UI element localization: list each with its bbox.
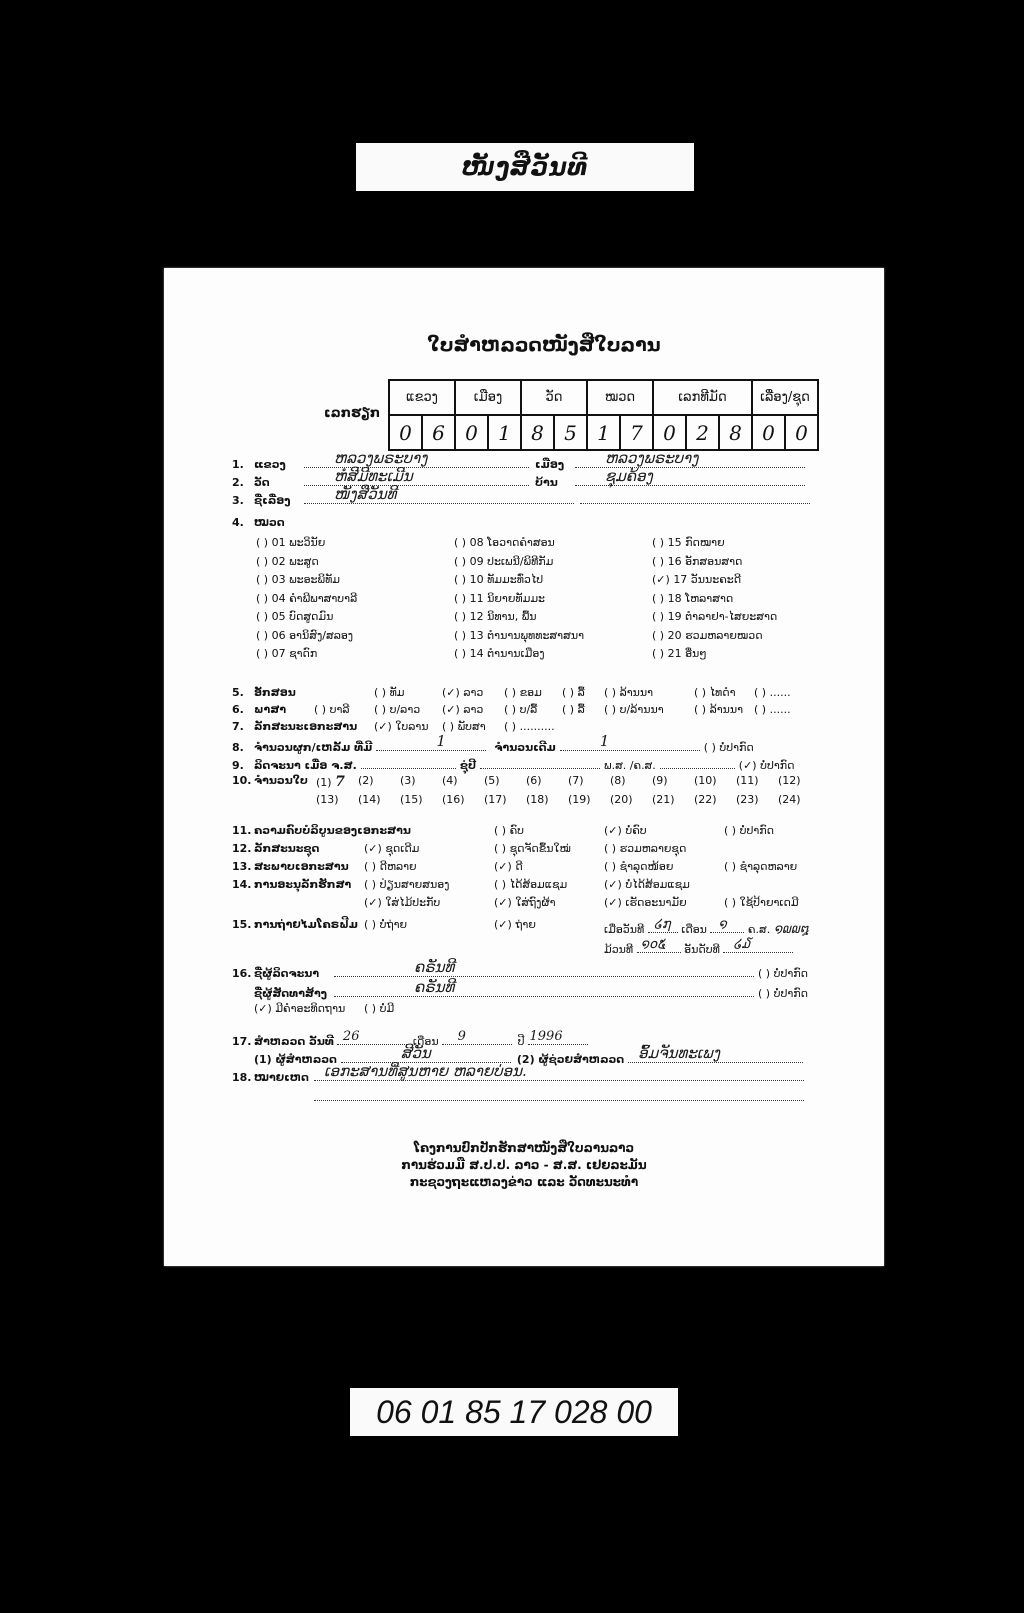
leaf-count-option[interactable]: (16) <box>442 793 465 806</box>
leaf-count-label: (22) <box>694 793 717 806</box>
ref-column-header: ເລື່ອງ/ຊຸດ <box>752 380 818 415</box>
option-checkbox[interactable]: (✓) ບໍ່ຄົບ <box>604 824 647 837</box>
checkbox-mark: (✓) <box>739 759 757 772</box>
original-count-field[interactable]: 1 <box>560 736 700 751</box>
checkbox-mark: ( ) <box>374 703 386 716</box>
field-label: ເດືອນ <box>681 923 707 936</box>
option-checkbox[interactable]: ( ) ປ່ຽນສາຍສນອງ <box>364 878 449 891</box>
row-category: 4. ໝວດ <box>232 516 285 529</box>
leaf-count-label: (10) <box>694 774 717 787</box>
leaf-count-option[interactable]: (19) <box>568 793 591 806</box>
bundle-count-field[interactable]: 1 <box>376 736 486 751</box>
leaf-count-label: (5) <box>484 774 500 787</box>
unknown-checkbox[interactable]: ( ) ບໍ່ປາກົດ <box>758 987 808 1000</box>
ref-column-header: ແຂວງ <box>389 380 455 415</box>
category-label: 04 ຄຳພີພາສາບາລີ <box>272 592 358 605</box>
checkbox-mark: ( ) <box>256 629 268 642</box>
option-label: ໃສ່ຖົງຜ້າ <box>515 896 555 909</box>
row-number: 12. <box>232 842 254 855</box>
checkbox-mark: ( ) <box>454 573 466 586</box>
option-label: ...... <box>770 703 791 716</box>
category-checkbox[interactable]: ( ) 07 ຊາດົກ <box>256 647 317 660</box>
option-checkbox[interactable]: (✓) ຖ່າຍ <box>494 918 536 931</box>
option-checkbox[interactable]: ( ) .......... <box>504 720 555 733</box>
row-number: 1. <box>232 458 254 471</box>
category-checkbox[interactable]: (✓) 17 ວັນນະຄະດີ <box>652 573 741 586</box>
district-value: ຫລວງພຣະບາງ <box>605 449 698 467</box>
field-label: ເມືອງ <box>535 458 575 471</box>
category-checkbox[interactable]: ( ) 09 ປະເພນີ/ພິທີກັມ <box>454 555 553 568</box>
ref-digit-cell[interactable]: 0 <box>389 415 422 450</box>
surveyor-value: ສີວັນ <box>401 1044 431 1062</box>
checkbox-mark: ( ) <box>652 647 664 660</box>
unknown-label: ບໍ່ປາກົດ <box>760 759 794 772</box>
option-checkbox[interactable]: ( ) ດີຫລາຍ <box>364 860 417 873</box>
row-number: 10. <box>232 774 254 787</box>
row-province: 1. ແຂວງ ຫລວງພຣະບາງ ເມືອງ ຫລວງພຣະບາງ <box>232 453 805 471</box>
option-label: ຂອມ <box>520 686 542 699</box>
option-label: ຖ່າຍ <box>515 918 536 931</box>
survey-month-field[interactable]: 9 <box>442 1030 512 1045</box>
category-checkbox[interactable]: ( ) 06 ອານິສົງ/ສລອງ <box>256 629 353 642</box>
leaf-count-label: (12) <box>778 774 801 787</box>
category-checkbox[interactable]: ( ) 08 ໂອວາດຄຳສອນ <box>454 536 555 549</box>
option-label: ຊຳລຸດຫລາຍ <box>740 860 798 873</box>
village-field[interactable]: ຊຸມຄ້ອງ <box>575 471 805 486</box>
row-row13: 13.ສະພາບເອກະສານ <box>232 860 349 873</box>
category-label: 01 ພະວິນັຍ <box>272 536 326 549</box>
checkbox-mark: ( ) <box>504 720 516 733</box>
survey-year-value: 1996 <box>530 1029 563 1044</box>
option-checkbox[interactable]: ( ) ຮວມຫລາຍຊຸດ <box>604 842 686 855</box>
leaf-count-option[interactable]: (14) <box>358 793 381 806</box>
leaf-count-option[interactable]: (17) <box>484 793 507 806</box>
category-checkbox[interactable]: ( ) 21 ອື່ນໆ <box>652 647 707 660</box>
checkbox-mark: ( ) <box>256 536 268 549</box>
option-label: ບໍ່ຄົບ <box>625 824 646 837</box>
checkbox-mark: ( ) <box>652 536 664 549</box>
row-row14: 14.ການອະນຸລັກຮັກສາ <box>232 878 351 891</box>
unknown-checkbox[interactable]: (✓) ບໍ່ປາກົດ <box>739 759 795 772</box>
ref-digit-cell[interactable]: 1 <box>587 415 620 450</box>
option-checkbox[interactable]: ( ) ຊຳລຸດໜ້ອຍ <box>604 860 673 873</box>
leaf-count-option[interactable]: (1) 7 <box>316 774 345 790</box>
leaf-count-option[interactable]: (21) <box>652 793 675 806</box>
prayer-checkbox[interactable]: (✓) ມີຄຳອະທິດຖານ <box>254 1002 345 1015</box>
ref-digit-cell[interactable]: 5 <box>554 415 587 450</box>
option-checkbox[interactable]: (✓) ບໍ່ໄດ້ສ້ອມແຊມ <box>604 878 690 891</box>
option-checkbox[interactable]: (✓) ໃສ່ໄມ້ປະກັບ <box>364 896 440 909</box>
field-label: ເມື່ອວັນທີ <box>604 923 644 936</box>
leaf-count-option[interactable]: (8) <box>610 774 626 787</box>
option-label: ໄດ້ສ້ອມແຊມ <box>510 878 568 891</box>
leaf-count-option[interactable]: (6) <box>526 774 542 787</box>
option-checkbox[interactable]: ( ) ບ/ລື້ <box>504 703 537 716</box>
leaf-count-option[interactable]: (18) <box>526 793 549 806</box>
option-label: ປ່ຽນສາຍສນອງ <box>380 878 450 891</box>
leaf-count-option[interactable]: (24) <box>778 793 801 806</box>
ref-column-header: ເມືອງ <box>455 380 521 415</box>
leaf-count-option[interactable]: (7) <box>568 774 584 787</box>
ref-column-header: ວັດ <box>521 380 587 415</box>
assistant-field[interactable]: ອົ້ມຈັນທະເພງ <box>628 1048 803 1063</box>
province-value: ຫລວງພຣະບາງ <box>334 449 427 467</box>
row-remarks: 18. ໝາຍເຫດ ເອກະສານທີ່ສູນຫາຍ ຫລາຍບ່ອນ. <box>232 1066 804 1084</box>
option-checkbox[interactable]: ( ) ລ້ານນາ <box>694 703 743 716</box>
leaf-count-label: (3) <box>400 774 416 787</box>
frame-field[interactable]: ໒໓ <box>723 938 793 953</box>
option-label: ມີຄຳອະທິດຖານ <box>275 1002 345 1015</box>
option-checkbox[interactable]: ( ) ພັບສາ <box>442 720 486 733</box>
field-label: ຈຳນວນເດີມ <box>494 741 555 754</box>
ref-digit-cell[interactable]: 0 <box>752 415 785 450</box>
field-label: ຈຳນວນຜູກ/ເຫລັ້ມ ທີ່ມີ <box>254 741 372 754</box>
survey-month-value: 9 <box>458 1029 466 1044</box>
category-checkbox[interactable]: ( ) 18 ໂຫລາສາດ <box>652 592 733 605</box>
checkbox-mark: ( ) <box>724 860 736 873</box>
checkbox-mark: ( ) <box>754 703 766 716</box>
option-checkbox[interactable]: ( ) ລ້ານນາ <box>604 686 653 699</box>
row-row7: 7.ລັກສະນະເອກະສານ <box>232 720 357 733</box>
leaf-count-option[interactable]: (13) <box>316 793 339 806</box>
leaf-count-label: (24) <box>778 793 801 806</box>
ref-digit-cell[interactable]: 8 <box>719 415 752 450</box>
leaf-count-label: (23) <box>736 793 759 806</box>
category-label: 19 ຕຳລາຢາ-ໄສຍະສາດ <box>668 610 778 623</box>
checkbox-mark: ( ) <box>314 703 326 716</box>
option-checkbox[interactable]: (✓) ລາວ <box>442 686 483 699</box>
option-label: ຊຸດຈັດຂຶ້ນໃໝ່ <box>510 842 571 855</box>
checkbox-mark: ( ) <box>704 741 716 754</box>
row-number: 13. <box>232 860 254 873</box>
original-count-value: 1 <box>600 732 610 750</box>
leaf-count-option[interactable]: (15) <box>400 793 423 806</box>
row-row11: 11.ຄວາມຄົບບໍລິບູນຂອງເອກະສານ <box>232 824 411 837</box>
category-label: 08 ໂອວາດຄຳສອນ <box>470 536 555 549</box>
credit-line: ກະຊວງຖະແຫລງຂ່າວ ແລະ ວັດທະນະທຳ <box>164 1174 884 1191</box>
unknown-label: ບໍ່ປາກົດ <box>774 967 808 980</box>
checkbox-mark: ( ) <box>494 878 506 891</box>
option-label: ບໍ່ໄດ້ສ້ອມແຊມ <box>625 878 690 891</box>
option-checkbox[interactable]: (✓) ລາວ <box>442 703 483 716</box>
category-label: 14 ຕຳນານເມືອງ <box>470 647 545 660</box>
category-label: 21 ອື່ນໆ <box>668 647 707 660</box>
option-label: ໃຊ້ປ້າຍາເດມີ <box>740 896 799 909</box>
option-label: ລ້ານນາ <box>710 703 744 716</box>
leaf-count-option[interactable]: (10) <box>694 774 717 787</box>
field-label: ສະພາບເອກະສານ <box>254 860 349 873</box>
checkbox-mark: (✓) <box>604 878 622 891</box>
category-label: 02 ພະສູດ <box>272 555 319 568</box>
option-label: ພັບສາ <box>458 720 486 733</box>
checkbox-mark: ( ) <box>374 686 386 699</box>
option-checkbox[interactable]: ( ) ບໍ່ປາກົດ <box>724 824 774 837</box>
be-ad-year-field[interactable] <box>660 754 735 769</box>
unknown-checkbox[interactable]: ( ) ບໍ່ປາກົດ <box>704 741 754 754</box>
checkbox-mark: ( ) <box>364 1002 376 1015</box>
category-label: 07 ຊາດົກ <box>272 647 318 660</box>
leaf-count-mark: 7 <box>335 774 345 790</box>
checkbox-mark: ( ) <box>504 686 516 699</box>
field-label: ຊື່ຜູ້ລິດຈະນາ <box>254 967 334 980</box>
category-checkbox[interactable]: ( ) 02 ພະສູດ <box>256 555 319 568</box>
option-label: ເຮັດອະນາມັຍ <box>625 896 686 909</box>
category-checkbox[interactable]: ( ) 13 ຕຳນານພຸທທະສາສນາ <box>454 629 584 642</box>
leaf-count-option[interactable]: (20) <box>610 793 633 806</box>
option-checkbox[interactable]: ( ) ຄົບ <box>494 824 524 837</box>
option-checkbox[interactable]: ( ) ໃຊ້ປ້າຍາເດມີ <box>724 896 799 909</box>
field-label: ຄວາມຄົບບໍລິບູນຂອງເອກະສານ <box>254 824 411 837</box>
category-label: 15 ກົດໝາຍ <box>668 536 725 549</box>
category-checkbox[interactable]: ( ) 10 ທັມມະທົ່ວໄປ <box>454 573 543 586</box>
checkbox-mark: ( ) <box>604 686 616 699</box>
checkbox-mark: ( ) <box>256 573 268 586</box>
row-row6: 6.ພາສາ <box>232 703 286 716</box>
checkbox-mark: ( ) <box>604 860 616 873</box>
row-row12: 12.ລັກສະນະຊຸດ <box>232 842 319 855</box>
category-checkbox[interactable]: ( ) 04 ຄຳພີພາສາບາລີ <box>256 592 357 605</box>
leaf-count-label: (15) <box>400 793 423 806</box>
option-checkbox[interactable]: ( ) ຂອມ <box>504 686 542 699</box>
category-checkbox[interactable]: ( ) 14 ຕຳນານເມືອງ <box>454 647 545 660</box>
field-label: ພາສາ <box>254 703 286 716</box>
prayer-checkbox[interactable]: ( ) ບໍ່ມີ <box>364 1002 394 1015</box>
leaf-count-option[interactable]: (5) <box>484 774 500 787</box>
checkbox-mark: ( ) <box>724 824 736 837</box>
leaf-count-option[interactable]: (2) <box>358 774 374 787</box>
leaf-count-label: (2) <box>358 774 374 787</box>
ref-column-header: ເລກທີມັດ <box>653 380 752 415</box>
row-number: 18. <box>232 1071 254 1084</box>
option-checkbox[interactable]: (✓) ດີ <box>494 860 523 873</box>
option-checkbox[interactable]: (✓) ຊຸດເດີມ <box>364 842 419 855</box>
option-label: ບາລີ <box>330 703 350 716</box>
ref-digit-cell[interactable]: 0 <box>785 415 818 450</box>
leaf-count-label: (11) <box>736 774 759 787</box>
option-checkbox[interactable]: ( ) ບ/ລ້ານນາ <box>604 703 664 716</box>
field-label: ໝາຍເຫດ <box>254 1071 314 1084</box>
category-checkbox[interactable]: ( ) 03 ພະອະພິທັມ <box>256 573 340 586</box>
surveyor-field[interactable]: ສີວັນ <box>341 1048 511 1063</box>
option-label: ຄົບ <box>510 824 524 837</box>
field-label: ອັນດັບທີ <box>684 943 720 956</box>
option-checkbox[interactable]: ( ) ບ/ລາວ <box>374 703 420 716</box>
category-checkbox[interactable]: ( ) 12 ນິທານ, ພື້ນ <box>454 610 537 623</box>
survey-year-field[interactable]: 1996 <box>528 1030 588 1045</box>
category-label: 13 ຕຳນານພຸທທະສາສນາ <box>470 629 584 642</box>
field-label: ບ້ານ <box>535 476 575 489</box>
leaf-count-label: (4) <box>442 774 458 787</box>
row-number: 15. <box>232 918 254 931</box>
option-checkbox[interactable]: ( ) ...... <box>754 703 791 716</box>
checkbox-mark: (✓) <box>652 573 670 586</box>
option-label: ດີຫລາຍ <box>380 860 417 873</box>
category-label: 20 ຮວມຫລາຍໝວດ <box>668 629 763 642</box>
option-checkbox[interactable]: (✓) ໃສ່ຖົງຜ້າ <box>494 896 556 909</box>
checkbox-mark: (✓) <box>442 703 460 716</box>
checkbox-mark: ( ) <box>494 842 506 855</box>
field-label: ສຳຫລວດ ວັນທີ <box>254 1035 334 1048</box>
row-number: 4. <box>232 516 254 529</box>
leaf-count-option[interactable]: (11) <box>736 774 759 787</box>
ref-digit-cell[interactable]: 0 <box>653 415 686 450</box>
leaf-count-label: (19) <box>568 793 591 806</box>
province-field[interactable]: ຫລວງພຣະບາງ <box>304 453 529 468</box>
row-bundle-count: 8. ຈຳນວນຜູກ/ເຫລັ້ມ ທີ່ມີ 1 ຈຳນວນເດີມ 1 (… <box>232 736 754 754</box>
leaf-count-option[interactable]: (12) <box>778 774 801 787</box>
option-label: ຊຸດເດີມ <box>385 842 419 855</box>
survey-form-page: ໃບສຳຫລວດໜັງສືໃບລານ ເລກຮຽກ ແຂວງເມືອງວັດໝວ… <box>164 268 884 1266</box>
row-number: 9. <box>232 759 254 772</box>
leaf-count-option[interactable]: (3) <box>400 774 416 787</box>
checkbox-mark: ( ) <box>494 824 506 837</box>
leaf-count-option[interactable]: (23) <box>736 793 759 806</box>
ref-digit-cell[interactable]: 7 <box>620 415 653 450</box>
cycle-year-field[interactable] <box>480 754 600 769</box>
checkbox-mark: (✓) <box>494 896 512 909</box>
category-label: 09 ປະເພນີ/ພິທີກັມ <box>470 555 554 568</box>
option-label: ລາວ <box>463 686 483 699</box>
category-label: 03 ພະອະພິທັມ <box>272 573 340 586</box>
row-number: 5. <box>232 686 254 699</box>
field-label: ຊື່ເລື່ອງ <box>254 494 304 507</box>
ref-digit-cell[interactable]: 1 <box>488 415 521 450</box>
field-label: ການອະນຸລັກຮັກສາ <box>254 878 351 891</box>
checkbox-mark: (✓) <box>604 896 622 909</box>
district-field[interactable]: ຫລວງພຣະບາງ <box>575 453 805 468</box>
checkbox-mark: ( ) <box>364 860 376 873</box>
roll-field[interactable]: ໑໐໕ <box>637 938 681 953</box>
field-label: ພ.ສ. /ຄ.ສ. <box>604 759 656 772</box>
author-field[interactable]: ຄຣັນທີ <box>334 962 754 977</box>
remarks-field-line2[interactable] <box>314 1086 804 1101</box>
assistant-value: ອົ້ມຈັນທະເພງ <box>638 1044 720 1062</box>
ref-digit-cell[interactable]: 2 <box>686 415 719 450</box>
reference-code-table: ແຂວງເມືອງວັດໝວດເລກທີມັດເລື່ອງ/ຊຸດ 060185… <box>388 379 819 451</box>
field-label: ຊື່ຜູ້ສັດທາສ້າງ <box>254 987 334 1000</box>
checkbox-mark: ( ) <box>504 703 516 716</box>
category-label: 05 ບົດສູດມົນ <box>272 610 334 623</box>
row-number: 17. <box>232 1035 254 1048</box>
category-checkbox[interactable]: ( ) 05 ບົດສູດມົນ <box>256 610 333 623</box>
sponsor-field[interactable]: ຄຣັນທີ <box>334 982 754 997</box>
option-checkbox[interactable]: ( ) ລື້ <box>562 703 585 716</box>
title-field[interactable]: ໜັງສືວັນທີ <box>304 489 574 504</box>
checkbox-mark: ( ) <box>652 555 664 568</box>
option-label: ໃບລານ <box>395 720 428 733</box>
leaf-count-label: (9) <box>652 774 668 787</box>
option-checkbox[interactable]: ( ) ລື້ <box>562 686 585 699</box>
month-value: ໑ <box>718 917 726 932</box>
category-checkbox[interactable]: ( ) 11 ນິຍາຍທັມມະ <box>454 592 545 605</box>
checkbox-mark: ( ) <box>364 878 376 891</box>
cs-year-field[interactable] <box>361 754 456 769</box>
leaf-count-option[interactable]: (4) <box>442 774 458 787</box>
checkbox-mark: ( ) <box>454 647 466 660</box>
field-label: ອັກສອນ <box>254 686 296 699</box>
option-label: ຮວມຫລາຍຊຸດ <box>620 842 687 855</box>
option-label: ຊຳລຸດໜ້ອຍ <box>620 860 674 873</box>
survey-day-value: 26 <box>343 1029 360 1044</box>
category-checkbox[interactable]: ( ) 15 ກົດໝາຍ <box>652 536 725 549</box>
option-label: ບ/ລາວ <box>390 703 421 716</box>
option-checkbox[interactable]: ( ) ໄທດຳ <box>694 686 736 699</box>
checkbox-mark: ( ) <box>454 592 466 605</box>
microfilm-roll: ມ້ວນທີ ໑໐໕ ອັນດັບທີ ໒໓ <box>604 938 793 956</box>
row-remarks-2 <box>314 1086 804 1101</box>
field-label: ລັກສະນະຊຸດ <box>254 842 319 855</box>
option-label: ລາວ <box>463 703 483 716</box>
row-temple: 2. ວັດ ຫໍສີມີທະເມີນ ບ້ານ ຊຸມຄ້ອງ <box>232 471 805 489</box>
checkbox-mark: ( ) <box>562 686 574 699</box>
row-number: 16. <box>232 967 254 980</box>
checkbox-mark: ( ) <box>754 686 766 699</box>
checkbox-mark: ( ) <box>694 686 706 699</box>
category-checkbox[interactable]: ( ) 16 ອັກສອນສາດ <box>652 555 742 568</box>
checkbox-mark: ( ) <box>694 703 706 716</box>
option-checkbox[interactable]: ( ) ບາລີ <box>314 703 350 716</box>
category-checkbox[interactable]: ( ) 01 ພະວິນັຍ <box>256 536 325 549</box>
survey-day-field[interactable]: 26 <box>337 1030 407 1045</box>
option-checkbox[interactable]: ( ) ຊຸດຈັດຂຶ້ນໃໝ່ <box>494 842 571 855</box>
ref-column-header: ໝວດ <box>587 380 653 415</box>
field-label: ມ້ວນທີ <box>604 943 633 956</box>
option-checkbox[interactable]: (✓) ໃບລານ <box>374 720 429 733</box>
unknown-label: ບໍ່ປາກົດ <box>774 987 808 1000</box>
field-label: ໝວດ <box>254 516 285 529</box>
row-number: 2. <box>232 476 254 489</box>
leaf-count-option[interactable]: (9) <box>652 774 668 787</box>
temple-field[interactable]: ຫໍສີມີທະເມີນ <box>304 471 529 486</box>
unknown-checkbox[interactable]: ( ) ບໍ່ປາກົດ <box>758 967 808 980</box>
checkbox-mark: ( ) <box>562 703 574 716</box>
field-label: ຄ.ສ. <box>748 923 770 936</box>
ref-digit-cell[interactable]: 6 <box>422 415 455 450</box>
roll-value: ໑໐໕ <box>641 937 666 952</box>
remarks-field[interactable]: ເອກະສານທີ່ສູນຫາຍ ຫລາຍບ່ອນ. <box>314 1066 804 1081</box>
checkbox-mark: ( ) <box>364 918 376 931</box>
category-label: 06 ອານິສົງ/ສລອງ <box>272 629 354 642</box>
row-number: 7. <box>232 720 254 733</box>
ref-digit-cell[interactable]: 0 <box>455 415 488 450</box>
month-field[interactable]: ໑ <box>710 918 744 933</box>
option-checkbox[interactable]: ( ) ບໍ່ຖ່າຍ <box>364 918 407 931</box>
category-checkbox[interactable]: ( ) 19 ຕຳລາຢາ-ໄສຍະສາດ <box>652 610 777 623</box>
ref-digit-cell[interactable]: 8 <box>521 415 554 450</box>
checkbox-mark: ( ) <box>652 610 664 623</box>
option-label: ໄທດຳ <box>710 686 736 699</box>
option-checkbox[interactable]: ( ) ໄດ້ສ້ອມແຊມ <box>494 878 567 891</box>
leaf-count-option[interactable]: (22) <box>694 793 717 806</box>
option-label: ດີ <box>515 860 522 873</box>
checkbox-mark: ( ) <box>256 610 268 623</box>
option-label: ບ/ລື້ <box>520 703 538 716</box>
option-label: ບໍ່ຖ່າຍ <box>380 918 407 931</box>
reference-code-label: 06 01 85 17 028 00 <box>350 1388 678 1436</box>
field-label: ລິດຈະນາ ເມື່ອ ຈ.ສ. <box>254 759 357 772</box>
option-checkbox[interactable]: (✓) ເຮັດອະນາມັຍ <box>604 896 687 909</box>
option-checkbox[interactable]: ( ) ...... <box>754 686 791 699</box>
leaf-count-label: (1) <box>316 776 332 789</box>
category-checkbox[interactable]: ( ) 20 ຮວມຫລາຍໝວດ <box>652 629 763 642</box>
option-checkbox[interactable]: ( ) ທັມ <box>374 686 405 699</box>
category-label: 12 ນິທານ, ພື້ນ <box>470 610 537 623</box>
day-field[interactable]: ໒໗ <box>648 918 678 933</box>
option-label: ບໍ່ມີ <box>380 1002 395 1015</box>
title-field-extra[interactable] <box>580 489 810 504</box>
option-checkbox[interactable]: ( ) ຊຳລຸດຫລາຍ <box>724 860 797 873</box>
leaf-count-label: (7) <box>568 774 584 787</box>
